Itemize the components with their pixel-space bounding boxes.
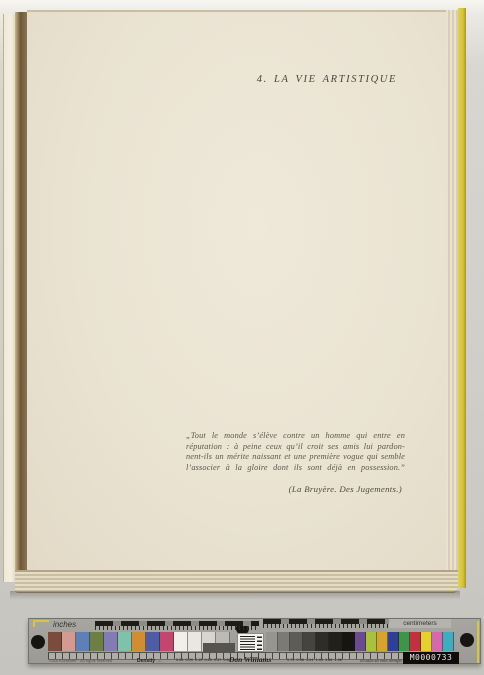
registration-mark-topleft-vertical	[33, 620, 35, 627]
chapter-heading: 4. LA VIE ARTISTIQUE	[257, 74, 397, 85]
target-id-badge: M0000733	[403, 652, 459, 664]
book-shadow	[10, 591, 460, 600]
registration-mark-topleft	[33, 620, 49, 622]
color-patch	[366, 632, 377, 651]
copyright-note: ©ISA Rochester · All rights reserved	[49, 659, 112, 663]
photo-backdrop: 4. LA VIE ARTISTIQUE „Tout le monde s’él…	[0, 0, 484, 675]
quote-line: „Tout le monde s’élève contre un homme q…	[186, 431, 405, 442]
grey-patch-group-dark	[290, 632, 355, 651]
color-patch	[266, 632, 278, 651]
quote-attribution: (La Bruyère. Des Jugements.)	[289, 484, 402, 494]
color-patch	[443, 632, 454, 651]
inches-label: inches	[53, 620, 76, 629]
calibration-target: inches centimeters ©ISA Rochester · All …	[28, 618, 481, 664]
resolution-bars	[240, 644, 255, 650]
quote-line: nent-ils un mérite naissant et une premi…	[186, 452, 405, 463]
color-patch	[329, 632, 342, 651]
quote-block: „Tout le monde s’élève contre un homme q…	[186, 431, 405, 473]
book-page: 4. LA VIE ARTISTIQUE „Tout le monde s’él…	[27, 10, 446, 572]
color-patch	[174, 632, 188, 651]
quote-line: l’associer à la gloire dont ils sont déj…	[186, 463, 405, 474]
color-patch	[410, 632, 421, 651]
color-patch	[342, 632, 355, 651]
density-values-left: 0.05 0.09 0.15 0.25 0.37 0.50	[176, 658, 228, 662]
color-patch	[48, 632, 62, 651]
centimeters-label: centimeters	[389, 619, 451, 628]
inches-scale-ticks	[95, 626, 259, 630]
registration-mark-right	[477, 621, 479, 663]
color-patch	[355, 632, 366, 651]
density-values-right: 0.75 0.98 1.24 1.44 1.66 1.96	[287, 658, 359, 662]
color-patch	[146, 632, 160, 651]
color-patch	[290, 632, 303, 651]
color-patch	[316, 632, 329, 651]
color-patch	[278, 632, 290, 651]
grey-reference-block	[203, 643, 235, 652]
color-patch	[303, 632, 316, 651]
resolution-bars	[257, 636, 262, 650]
fiducial-dot-left	[31, 635, 45, 649]
gutter-shadow	[15, 12, 27, 582]
color-patch	[421, 632, 432, 651]
page-bottom-edges	[15, 570, 458, 593]
quote-line: réputation : à peine ceux qu’il croit se…	[186, 442, 405, 453]
density-label: Density →	[137, 658, 161, 664]
color-patch	[76, 632, 90, 651]
color-patch	[118, 632, 132, 651]
color-patch-group-left	[48, 632, 174, 651]
color-patch	[132, 632, 146, 651]
resolution-target	[237, 633, 264, 652]
grey-patch-group-mid	[266, 632, 290, 651]
color-patch	[377, 632, 388, 651]
color-patch	[90, 632, 104, 651]
color-patch	[188, 632, 202, 651]
color-patch	[104, 632, 118, 651]
signature-script: Don Williams	[229, 655, 271, 664]
color-patch	[160, 632, 174, 651]
color-patch-group-right	[355, 632, 454, 651]
resolution-bars	[240, 636, 255, 642]
fiducial-dot-right	[460, 633, 474, 647]
color-patch	[432, 632, 443, 651]
color-patch	[62, 632, 76, 651]
color-patch	[399, 632, 410, 651]
color-patch	[388, 632, 399, 651]
book-cover-edge	[458, 8, 466, 588]
